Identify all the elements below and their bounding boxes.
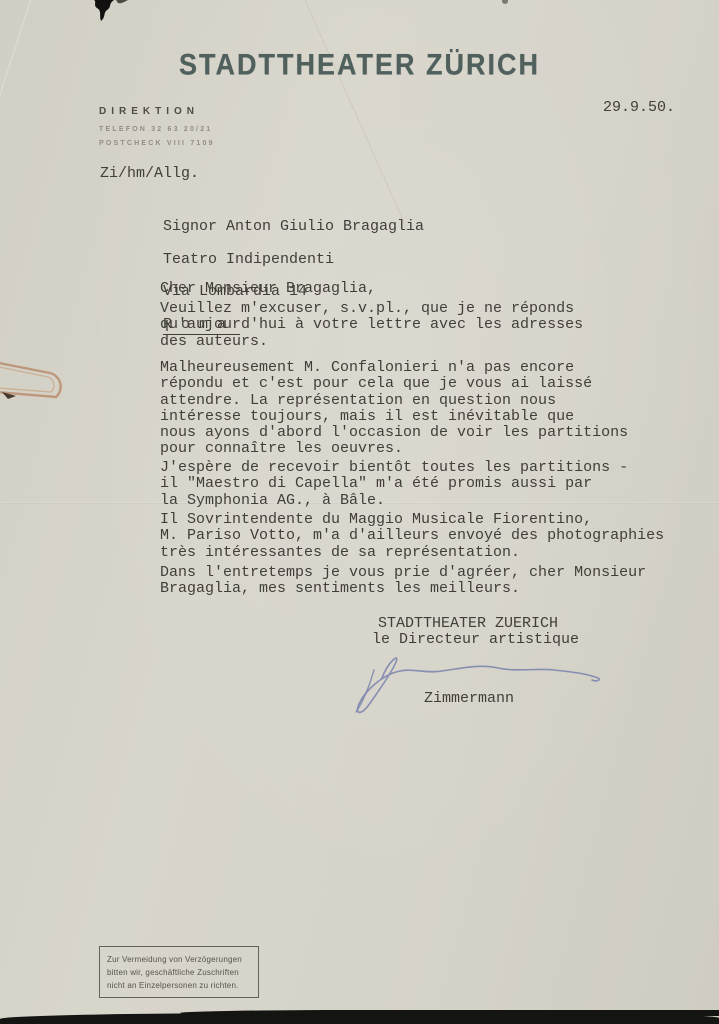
paperclip-rust-mark bbox=[0, 348, 86, 418]
diagonal-crease bbox=[300, 0, 407, 228]
scan-speck bbox=[502, 0, 508, 4]
letterhead-title: STADTTHEATER ZÜRICH bbox=[0, 49, 719, 82]
footer-notice-line1: Zur Vermeidung von Verzögerungen bbox=[107, 953, 251, 966]
footer-notice-line2: bitten wir, geschäftliche Zuschriften bbox=[107, 966, 251, 979]
body-paragraph-3: J'espère de recevoir bientôt toutes les … bbox=[160, 460, 665, 509]
reference-code: Zi/hm/Allg. bbox=[100, 166, 199, 182]
letter-date: 29.9.50. bbox=[603, 100, 675, 116]
letterhead-telefon: TELEFON 32 63 20/21 bbox=[99, 126, 212, 133]
signer-name: Zimmermann bbox=[424, 691, 514, 707]
footer-notice-box: Zur Vermeidung von Verzögerungen bitten … bbox=[99, 946, 259, 998]
letter-page: STADTTHEATER ZÜRICH DIREKTION TELEFON 32… bbox=[0, 0, 719, 1024]
closing-organization: STADTTHEATER ZUERICH bbox=[378, 616, 558, 632]
recipient-organization: Teatro Indipendenti bbox=[163, 252, 424, 268]
letterhead-postcheck: POSTCHECK VIII 7109 bbox=[99, 140, 215, 147]
staple-tear-mark bbox=[88, 0, 138, 22]
body-paragraph-4: Il Sovrintendente du Maggio Musicale Fio… bbox=[160, 512, 665, 561]
salutation: Cher Monsieur Bragaglia, bbox=[160, 281, 376, 297]
body-paragraph-2: Malheureusement M. Confalonieri n'a pas … bbox=[160, 360, 665, 458]
scan-bottom-edge bbox=[0, 1013, 719, 1024]
body-paragraph-1: Veuillez m'excuser, s.v.pl., que je ne r… bbox=[160, 301, 665, 350]
footer-notice-line3: nicht an Einzelpersonen zu richten. bbox=[107, 979, 251, 992]
body-paragraph-5: Dans l'entretemps je vous prie d'agréer,… bbox=[160, 565, 665, 598]
closing-role: le Directeur artistique bbox=[372, 632, 579, 648]
recipient-name: Signor Anton Giulio Bragaglia bbox=[163, 219, 424, 235]
letterhead-department: DIREKTION bbox=[99, 106, 199, 117]
